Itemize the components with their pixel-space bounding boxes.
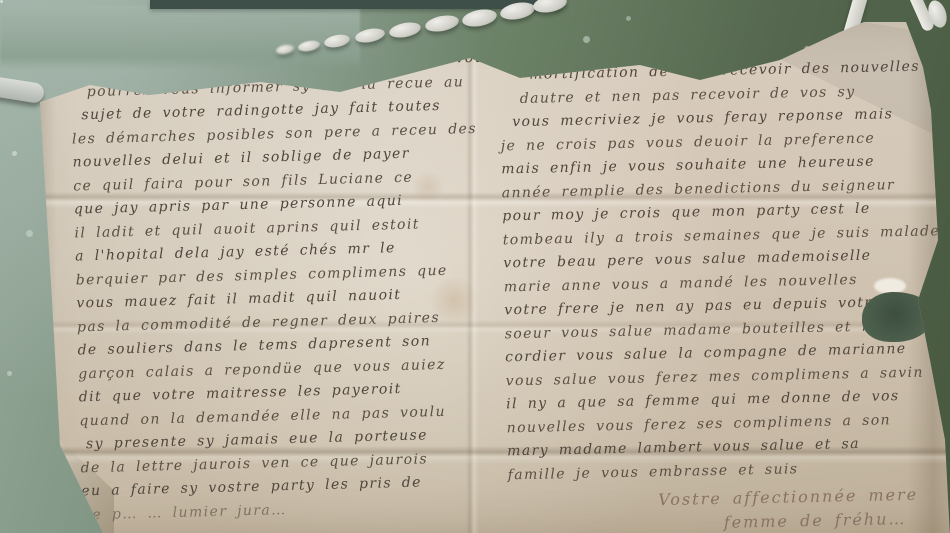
letter-closing-signature: Vostre affectionnée merefemme de fréhu…: [508, 483, 927, 533]
dark-object-edge-top: [150, 0, 560, 9]
photo-scene: par la poste chés votre hotesse abrest v…: [0, 0, 950, 533]
letter-left-page: par la poste chés votre hotesse abrest v…: [70, 47, 500, 528]
letter-paper: par la poste chés votre hotesse abrest v…: [28, 22, 950, 533]
table-light-patch: [0, 6, 360, 70]
chalk-speckles: [0, 0, 3, 3]
letter-right-page-body: mortification de voir recevoir des nouve…: [499, 56, 926, 488]
handwritten-line: femme de fréhu…: [723, 506, 926, 533]
letter-right-page: mortification de voir recevoir des nouve…: [499, 56, 927, 533]
